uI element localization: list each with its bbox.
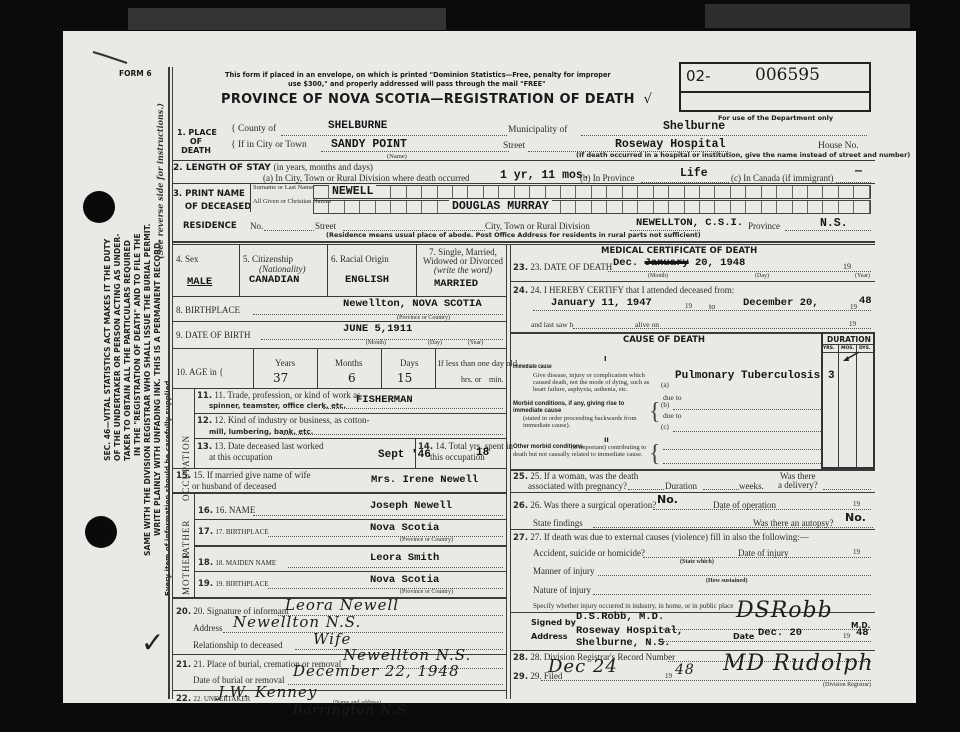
mother-birthplace-label: 19. 19. BIRTHPLACE [198, 578, 269, 589]
age-label: 10. AGE in { [176, 367, 223, 377]
father-name-label: 16. 16. NAME [198, 505, 255, 516]
street-label: Street [503, 141, 525, 151]
date-nineteen: 19 [843, 632, 850, 640]
citizenship-value: CANADIAN [249, 274, 299, 286]
form-left-rule [168, 67, 170, 699]
dob-day-hint: (Day) [428, 340, 442, 346]
residence-city-label: City, Town or Rural Division [485, 221, 590, 231]
dod-year-hint: (Year) [855, 273, 870, 279]
operation-nineteen: 19 [853, 500, 860, 508]
county-value: SHELBURNE [328, 120, 387, 132]
form-number: FORM 6 [119, 69, 152, 78]
trade-value: FISHERMAN [356, 394, 413, 406]
attended-from-nineteen: 19 [685, 302, 692, 310]
scan-strip-left [128, 8, 446, 30]
age-years-value: 37 [273, 371, 288, 385]
registration-prefix: 02- [686, 67, 711, 85]
stay-city-value: 1 yr, 11 mos. [500, 169, 590, 182]
form-title: PROVINCE OF NOVA SCOTIA—REGISTRATION OF … [221, 92, 652, 107]
municipality-label: Municipality of [508, 125, 567, 135]
city-label: { If in City or Town [231, 140, 307, 150]
father-birthplace-hint: (Province or Country) [400, 537, 453, 543]
state-which-hint: (State which) [680, 559, 714, 565]
house-no-label: House No. [818, 141, 859, 151]
informant-address: Newellton N.S. [233, 613, 361, 631]
margin-instructions: SEC. 46—VITAL STATISTICS ACT MAKES IT TH… [103, 223, 173, 596]
delivery-label: Was there a delivery? [778, 472, 818, 490]
morbid-conditions-label: Morbid conditions, if any, giving rise t… [513, 401, 638, 415]
how-sustained-hint: (How sustained) [706, 578, 748, 584]
dod-month-hint: (Month) [648, 273, 668, 279]
undertaker-name: J.W. Kenney [218, 683, 317, 701]
brace-other: { [649, 441, 661, 468]
specify-label: Specify whether injury occurred in indus… [533, 602, 733, 610]
filed-year: 48 [675, 662, 695, 678]
q25-label: 25. 25. If a woman, was the death associ… [513, 472, 638, 491]
marital-label: 7. Single, Married, Widowed or Divorced … [420, 248, 506, 275]
dob-year-hint: (Year) [468, 340, 483, 346]
mail-notice-1: This form if placed in an envelope, on w… [225, 71, 611, 79]
given-names-label: All Given or Christian Names [253, 198, 311, 205]
total-years-label: 14. 14. Total yrs. spent in this occupat… [418, 441, 513, 462]
stay-canada-value: — [855, 165, 862, 178]
findings-label: State findings [533, 518, 583, 528]
length-of-stay-label: 2. LENGTH OF STAY (in years, months and … [173, 162, 373, 173]
title-check-mark-icon: √ [644, 92, 653, 107]
residence-label: RESIDENCE [183, 221, 237, 231]
hospital-note: (If death occurred in a hospital or inst… [576, 151, 910, 159]
mother-birthplace-hint: (Province or Country) [400, 589, 453, 595]
duration-col-yrs: YRS. [823, 346, 835, 351]
q27-label: 27. 27. If death was due to external cau… [513, 532, 809, 543]
residence-no-label: No. [250, 221, 263, 231]
date-year: 48 [856, 627, 869, 639]
surname-label: Surname or Last Name [253, 184, 311, 191]
birthplace-value: Newellton, NOVA SCOTIA [343, 298, 482, 310]
burial-date: December 22, 1948 [293, 662, 460, 680]
medical-certificate-heading: MEDICAL CERTIFICATE OF DEATH [601, 246, 757, 256]
pen-mark-icon [91, 49, 131, 65]
address-line-1: Roseway Hospital, [576, 625, 683, 637]
undertaker-address: Barrington N.S. [293, 703, 411, 718]
due-to-2: due to [663, 411, 682, 420]
date-of-death-value: Dec. January 20, 1948 [613, 257, 745, 269]
cause-a-value: Pulmonary Tuberculosis [675, 370, 820, 382]
mother-section-label: MOTHER [181, 551, 191, 595]
spouse-value: Mrs. Irene Newell [371, 474, 478, 486]
autopsy-label: Was there an autopsy? [753, 518, 834, 528]
address-line-2: Shelburne, N.S. [576, 637, 671, 649]
hours-label: hrs. or [461, 375, 481, 384]
age-days-label: Days [400, 358, 419, 368]
less-than-day-label: If less than one day old [438, 358, 517, 368]
relationship-label: Relationship to deceased [193, 640, 282, 650]
injury-nineteen: 19 [853, 548, 860, 556]
immediate-cause-label: Immediate cause [513, 364, 552, 370]
stay-province-label: (b) In Province [580, 173, 634, 183]
total-years-value: 18 [476, 447, 489, 459]
attended-to-year: 48 [859, 295, 872, 307]
sex-value: MALE [187, 276, 212, 288]
residence-note: (Residence means usual place of abode. P… [326, 231, 701, 239]
department-note: For use of the Department only [718, 114, 833, 122]
roman-one: I [604, 355, 607, 363]
date-value: Dec. 20 [758, 627, 802, 639]
cause-c-label: (c) [661, 423, 669, 431]
sex-label: 4. Sex [176, 254, 199, 264]
place-of-death-label: 1. PLACEOFDEATH [177, 128, 215, 155]
nature-label: Nature of injury [533, 585, 591, 595]
attended-to-nineteen: 19 [850, 303, 857, 311]
stay-city-label: (a) In City, Town or Rural Division wher… [263, 173, 470, 183]
registration-number: 006595 [755, 65, 820, 85]
physician-signature: DSRobb [736, 598, 833, 623]
age-months-label: Months [335, 358, 363, 368]
municipality-value: Shelburne [663, 120, 725, 133]
dod-day-hint: (Day) [755, 273, 769, 279]
signed-by-label: Signed by [531, 618, 576, 627]
minutes-label: min. [489, 375, 503, 384]
given-names-value: DOUGLAS MURRAY [449, 200, 552, 213]
age-years-label: Years [275, 358, 295, 368]
other-conditions-hint: (if important) contributing to death but… [513, 444, 653, 458]
attended-to-label: to [709, 302, 715, 311]
stay-province-value: Life [680, 167, 708, 180]
citizenship-label: 5. Citizenship [243, 254, 293, 264]
struck-month: January [645, 257, 689, 269]
last-saw-label: and last saw h [531, 320, 573, 329]
address-label: Address [531, 632, 568, 641]
racial-origin-label: 6. Racial Origin [331, 254, 389, 264]
attended-from: January 11, 1947 [551, 297, 652, 309]
registrar-signature: MD Rudolph [723, 651, 874, 676]
surname-boxes [313, 185, 871, 199]
print-name-label: 3. PRINT NAME OF DECEASED [173, 188, 251, 214]
last-saw-nineteen: 19 [849, 320, 856, 328]
duration-arrow-icon [841, 351, 861, 363]
date-of-death-label: 23. 23. DATE OF DEATH [513, 262, 612, 273]
mother-name-value: Leora Smith [370, 552, 439, 564]
signed-by-value: D.S.Robb, M.D. [576, 611, 664, 623]
registration-number-box: 02- 006595 [679, 62, 871, 112]
name-hint: (Name) [387, 153, 407, 160]
date-label: Date [733, 632, 754, 641]
dob-label: 9. DATE OF BIRTH [176, 330, 250, 340]
immediate-cause-hint: Give disease, injury or complication whi… [533, 372, 658, 393]
spouse-label: 15. 15. If married give name of wife or … [176, 470, 311, 491]
q26-value: No. [657, 493, 678, 506]
punch-hole-top [83, 191, 115, 223]
certify-label: 24. 24. I HEREBY CERTIFY that I attended… [513, 285, 734, 296]
cause-of-death-heading: CAUSE OF DEATH [623, 335, 705, 345]
brace-b: { [649, 399, 661, 426]
dob-month-hint: (Month) [366, 340, 386, 346]
morbid-conditions-hint: (stated in order proceeding backwards fr… [523, 415, 643, 429]
informant-address-label: Address [193, 623, 223, 633]
manner-label: Manner of injury [533, 566, 594, 576]
q26-label: 26. 26. Was there a surgical operation? [513, 500, 656, 511]
informant-signature: Leora Newell [285, 596, 399, 614]
birthplace-label: 8. BIRTHPLACE [176, 305, 240, 315]
operation-date-label: Date of operation [713, 500, 776, 510]
father-birthplace-label: 17. 17. BIRTHPLACE [198, 526, 269, 537]
residence-province-value: N.S. [820, 217, 848, 230]
cause-b-label: (b) [661, 401, 669, 409]
age-months-value: 6 [348, 371, 356, 385]
age-days-value: 15 [397, 371, 412, 385]
registrar-hint: (Division Registrar) [823, 682, 871, 688]
last-worked-label: 13. 13. Date deceased last worked at thi… [197, 441, 324, 462]
attended-to: December 20, [743, 297, 819, 309]
surname-value: NEWELL [329, 185, 376, 198]
death-registration-form: SEC. 46—VITAL STATISTICS ACT MAKES IT TH… [63, 31, 916, 703]
accident-label: Accident, suicide or homicide? [533, 548, 645, 558]
filed-date: Dec 24 [548, 656, 618, 677]
roman-two: II [604, 436, 609, 444]
city-value: SANDY POINT [331, 138, 407, 151]
street-value: Roseway Hospital [615, 138, 725, 151]
racial-origin-value: ENGLISH [345, 274, 389, 286]
dod-nineteen: 19 [843, 262, 851, 271]
father-name-value: Joseph Newell [370, 500, 452, 512]
cause-a-label: (a) [661, 381, 669, 389]
duration-heading: DURATION [827, 335, 871, 344]
residence-city-value: NEWELLTON, C.S.I. [636, 217, 743, 229]
injury-date-label: Date of injury [738, 548, 788, 558]
father-birthplace-value: Nova Scotia [370, 522, 439, 534]
reverse-side-note: (See reverse side for instructions.) [155, 103, 165, 259]
dob-value: JUNE 5,1911 [343, 323, 412, 335]
mail-notice-2: use $300," and properly addressed will p… [288, 80, 546, 88]
weeks-label: weeks. [739, 481, 764, 491]
citizenship-hint: (Nationality) [259, 264, 306, 274]
scan-strip-right [705, 4, 910, 28]
residence-province-label: Province [748, 221, 780, 231]
cause-a-years: 3 [828, 370, 835, 382]
duration-label: Duration [665, 481, 697, 491]
check-mark-icon: ✓ [141, 626, 164, 659]
county-label: { County of [231, 124, 276, 134]
autopsy-value: No. [845, 511, 866, 524]
stay-canada-label: (c) In Canada (if immigrant) [731, 173, 833, 183]
filed-nineteen: 19 [665, 672, 672, 680]
residence-street-label: Street [315, 221, 336, 231]
mother-name-label: 18. 18. MAIDEN NAME [198, 557, 276, 568]
marital-value: MARRIED [434, 278, 478, 290]
given-names-boxes [313, 200, 871, 214]
mother-birthplace-value: Nova Scotia [370, 574, 439, 586]
